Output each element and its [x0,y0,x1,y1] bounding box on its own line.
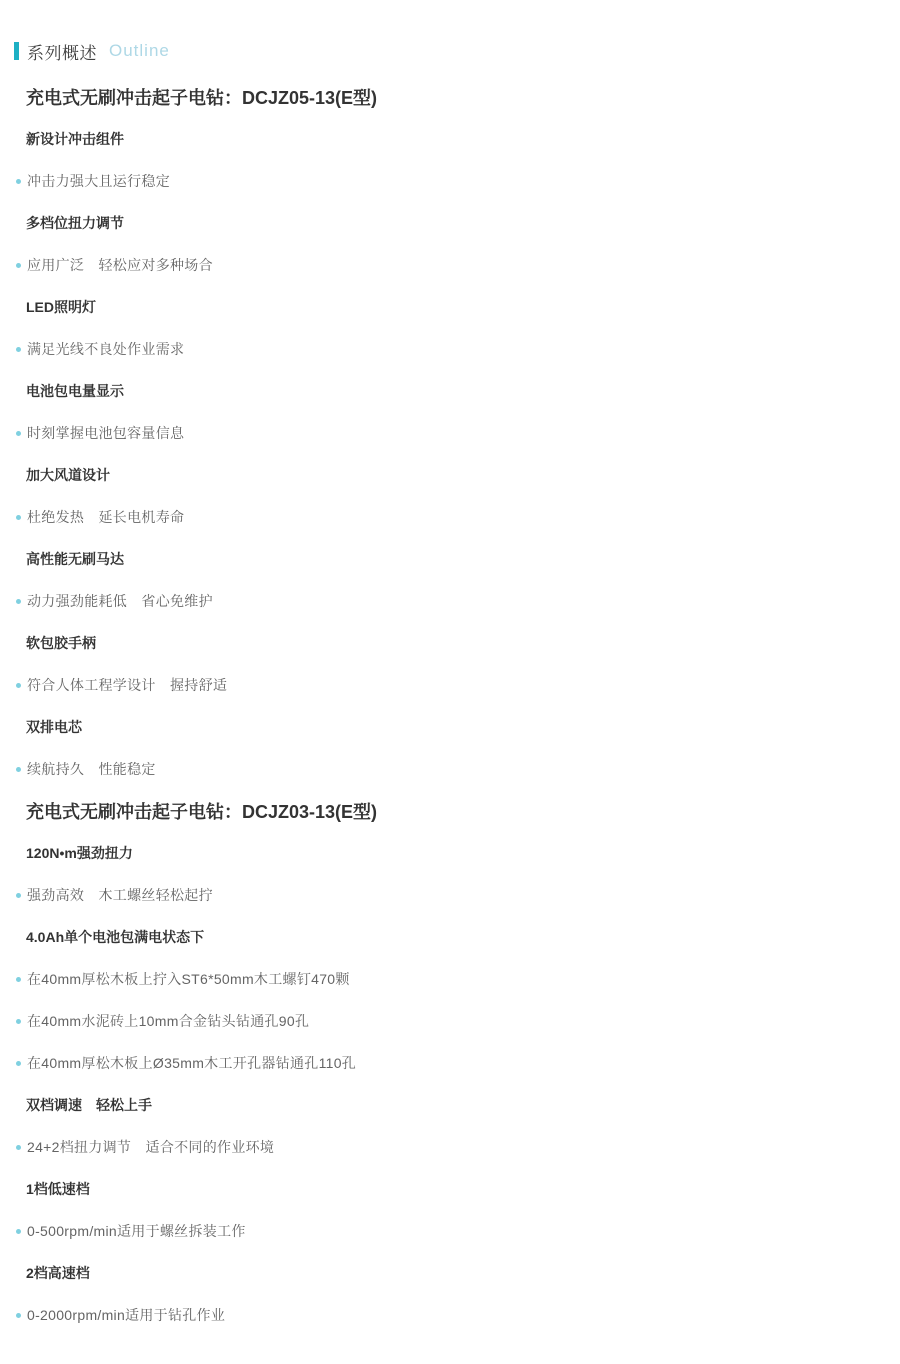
feature-subtitle-text: 多档位扭力调节 [26,213,124,233]
bullet-dot-icon [16,1061,21,1066]
section-header: 系列概述 Outline [14,41,900,61]
feature-subtitle-text: 2档高速档 [26,1263,90,1283]
feature-subtitle: 双档调速 轻松上手 [0,1084,900,1126]
feature-subtitle-text: 加大风道设计 [26,465,110,485]
bullet-text: 强劲高效 木工螺丝轻松起拧 [27,885,213,905]
feature-bullet: 24+2档扭力调节 适合不同的作业环境 [0,1126,900,1168]
feature-subtitle-text: 新设计冲击组件 [26,129,124,149]
bullet-dot-icon [16,767,21,772]
outline-content: 充电式无刷冲击起子电钻：DCJZ05-13(E型) 新设计冲击组件 冲击力强大且… [0,76,900,1336]
bullet-dot-icon [16,179,21,184]
feature-subtitle: 120N•m强劲扭力 [0,832,900,874]
feature-subtitle: 双排电芯 [0,706,900,748]
feature-bullet: 在40mm水泥砖上10mm合金钻头钻通孔90孔 [0,1000,900,1042]
feature-bullet: 强劲高效 木工螺丝轻松起拧 [0,874,900,916]
feature-bullet: 杜绝发热 延长电机寿命 [0,496,900,538]
bullet-text: 24+2档扭力调节 适合不同的作业环境 [27,1137,274,1157]
feature-bullet: 应用广泛 轻松应对多种场合 [0,244,900,286]
bullet-text: 在40mm厚松木板上拧入ST6*50mm木工螺钉470颗 [27,969,350,989]
bullet-text: 0-2000rpm/min适用于钻孔作业 [27,1305,225,1325]
feature-subtitle: 软包胶手柄 [0,622,900,664]
feature-bullet: 动力强劲能耗低 省心免维护 [0,580,900,622]
product-title-text: 充电式无刷冲击起子电钻：DCJZ03-13(E型) [26,798,377,824]
bullet-dot-icon [16,683,21,688]
bullet-dot-icon [16,1019,21,1024]
feature-bullet: 在40mm厚松木板上Ø35mm木工开孔器钻通孔110孔 [0,1042,900,1084]
accent-bar-icon [14,42,19,60]
bullet-text: 符合人体工程学设计 握持舒适 [27,675,227,695]
feature-subtitle: 高性能无刷马达 [0,538,900,580]
bullet-dot-icon [16,893,21,898]
feature-subtitle: 4.0Ah单个电池包满电状态下 [0,916,900,958]
bullet-text: 时刻掌握电池包容量信息 [27,423,184,443]
bullet-dot-icon [16,599,21,604]
feature-bullet: 0-500rpm/min适用于螺丝拆装工作 [0,1210,900,1252]
bullet-text: 0-500rpm/min适用于螺丝拆装工作 [27,1221,246,1241]
product-title: 充电式无刷冲击起子电钻：DCJZ03-13(E型) [0,790,900,832]
feature-subtitle: 1档低速档 [0,1168,900,1210]
bullet-text: 杜绝发热 延长电机寿命 [27,507,184,527]
feature-subtitle-text: 120N•m强劲扭力 [26,843,133,863]
bullet-text: 应用广泛 轻松应对多种场合 [27,255,213,275]
feature-subtitle-text: 4.0Ah单个电池包满电状态下 [26,927,204,947]
bullet-dot-icon [16,1229,21,1234]
feature-subtitle: 加大风道设计 [0,454,900,496]
bullet-dot-icon [16,347,21,352]
feature-subtitle-text: 双档调速 轻松上手 [26,1095,152,1115]
bullet-dot-icon [16,263,21,268]
bullet-dot-icon [16,1145,21,1150]
product-title: 充电式无刷冲击起子电钻：DCJZ05-13(E型) [0,76,900,118]
feature-subtitle: 多档位扭力调节 [0,202,900,244]
feature-bullet: 满足光线不良处作业需求 [0,328,900,370]
feature-subtitle: 电池包电量显示 [0,370,900,412]
bullet-dot-icon [16,1313,21,1318]
bullet-text: 在40mm厚松木板上Ø35mm木工开孔器钻通孔110孔 [27,1053,356,1073]
product-title-text: 充电式无刷冲击起子电钻：DCJZ05-13(E型) [26,84,377,110]
feature-subtitle: 2档高速档 [0,1252,900,1294]
feature-bullet: 时刻掌握电池包容量信息 [0,412,900,454]
feature-bullet: 符合人体工程学设计 握持舒适 [0,664,900,706]
bullet-dot-icon [16,515,21,520]
feature-subtitle-text: 1档低速档 [26,1179,90,1199]
feature-subtitle-text: LED照明灯 [26,297,96,317]
bullet-text: 续航持久 性能稳定 [27,759,156,779]
bullet-text: 满足光线不良处作业需求 [27,339,184,359]
bullet-text: 冲击力强大且运行稳定 [27,171,170,191]
bullet-dot-icon [16,977,21,982]
feature-subtitle-text: 软包胶手柄 [26,633,96,653]
feature-subtitle-text: 电池包电量显示 [26,381,124,401]
feature-subtitle-text: 高性能无刷马达 [26,549,124,569]
bullet-text: 动力强劲能耗低 省心免维护 [27,591,213,611]
bullet-dot-icon [16,431,21,436]
header-title-en: Outline [109,41,170,61]
header-title-zh: 系列概述 [27,39,97,64]
feature-subtitle: 新设计冲击组件 [0,118,900,160]
feature-bullet: 在40mm厚松木板上拧入ST6*50mm木工螺钉470颗 [0,958,900,1000]
product-outline-page: 系列概述 Outline 充电式无刷冲击起子电钻：DCJZ05-13(E型) 新… [0,0,900,1364]
feature-bullet: 续航持久 性能稳定 [0,748,900,790]
feature-bullet: 冲击力强大且运行稳定 [0,160,900,202]
feature-bullet: 0-2000rpm/min适用于钻孔作业 [0,1294,900,1336]
bullet-text: 在40mm水泥砖上10mm合金钻头钻通孔90孔 [27,1011,309,1031]
feature-subtitle: LED照明灯 [0,286,900,328]
feature-subtitle-text: 双排电芯 [26,717,82,737]
